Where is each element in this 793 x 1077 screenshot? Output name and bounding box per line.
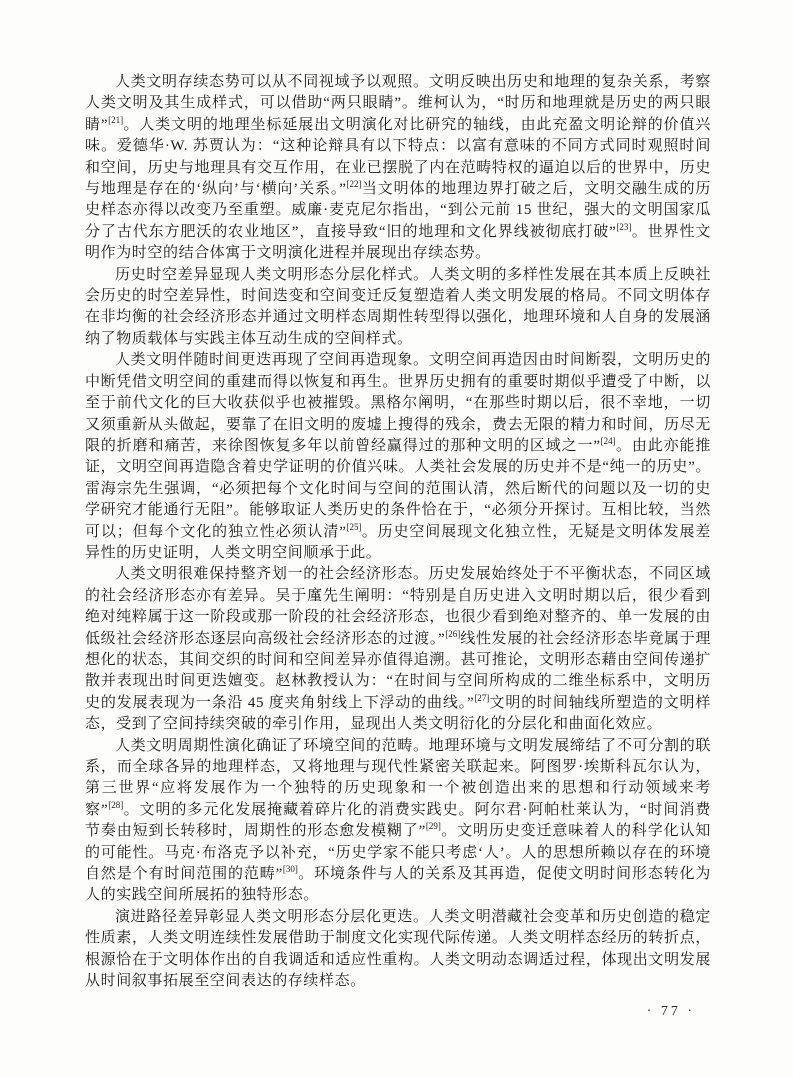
body-text: 演进路径差异彰显人类文明形态分层化更迭。人类文明潜藏社会变革和历史创造的稳定性质…	[85, 909, 711, 989]
paper-page: 人类文明存续态势可以从不同视域予以观照。文明反映出历史和地理的复杂关系，考察人类…	[0, 0, 793, 1077]
paragraph: 人类文明存续态势可以从不同视域予以观照。文明反映出历史和地理的复杂关系，考察人类…	[85, 72, 711, 265]
citation-marker: [26]	[445, 629, 460, 639]
page-number: · 77 ·	[647, 1004, 695, 1020]
paragraph: 人类文明很难保持整齐划一的社会经济形态。历史发展始终处于不平衡状态，不同区域的社…	[85, 564, 711, 735]
citation-marker: [23]	[616, 222, 631, 232]
citation-marker: [25]	[346, 522, 361, 532]
citation-marker: [30]	[283, 864, 298, 874]
citation-marker: [21]	[108, 115, 123, 125]
article-body: 人类文明存续态势可以从不同视域予以观照。文明反映出历史和地理的复杂关系，考察人类…	[85, 72, 711, 992]
body-text: 历史时空差异显现人类文明形态分层化样式。人类文明的多样性发展在其本质上反映社会历…	[85, 267, 711, 347]
citation-marker: [28]	[108, 800, 123, 810]
paragraph: 历史时空差异显现人类文明形态分层化样式。人类文明的多样性发展在其本质上反映社会历…	[85, 265, 711, 351]
paragraph: 演进路径差异彰显人类文明形态分层化更迭。人类文明潜藏社会变革和历史创造的稳定性质…	[85, 907, 711, 993]
paragraph: 人类文明伴随时间更迭再现了空间再造现象。文明空间再造因由时间断裂，文明历史的中断…	[85, 350, 711, 564]
paragraph: 人类文明周期性演化确证了环境空间的范畴。地理环境与文明发展缔结了不可分割的联系，…	[85, 736, 711, 907]
citation-marker: [22]	[347, 179, 362, 189]
citation-marker: [29]	[426, 821, 441, 831]
citation-marker: [24]	[601, 436, 616, 446]
citation-marker: [27]	[474, 693, 489, 703]
